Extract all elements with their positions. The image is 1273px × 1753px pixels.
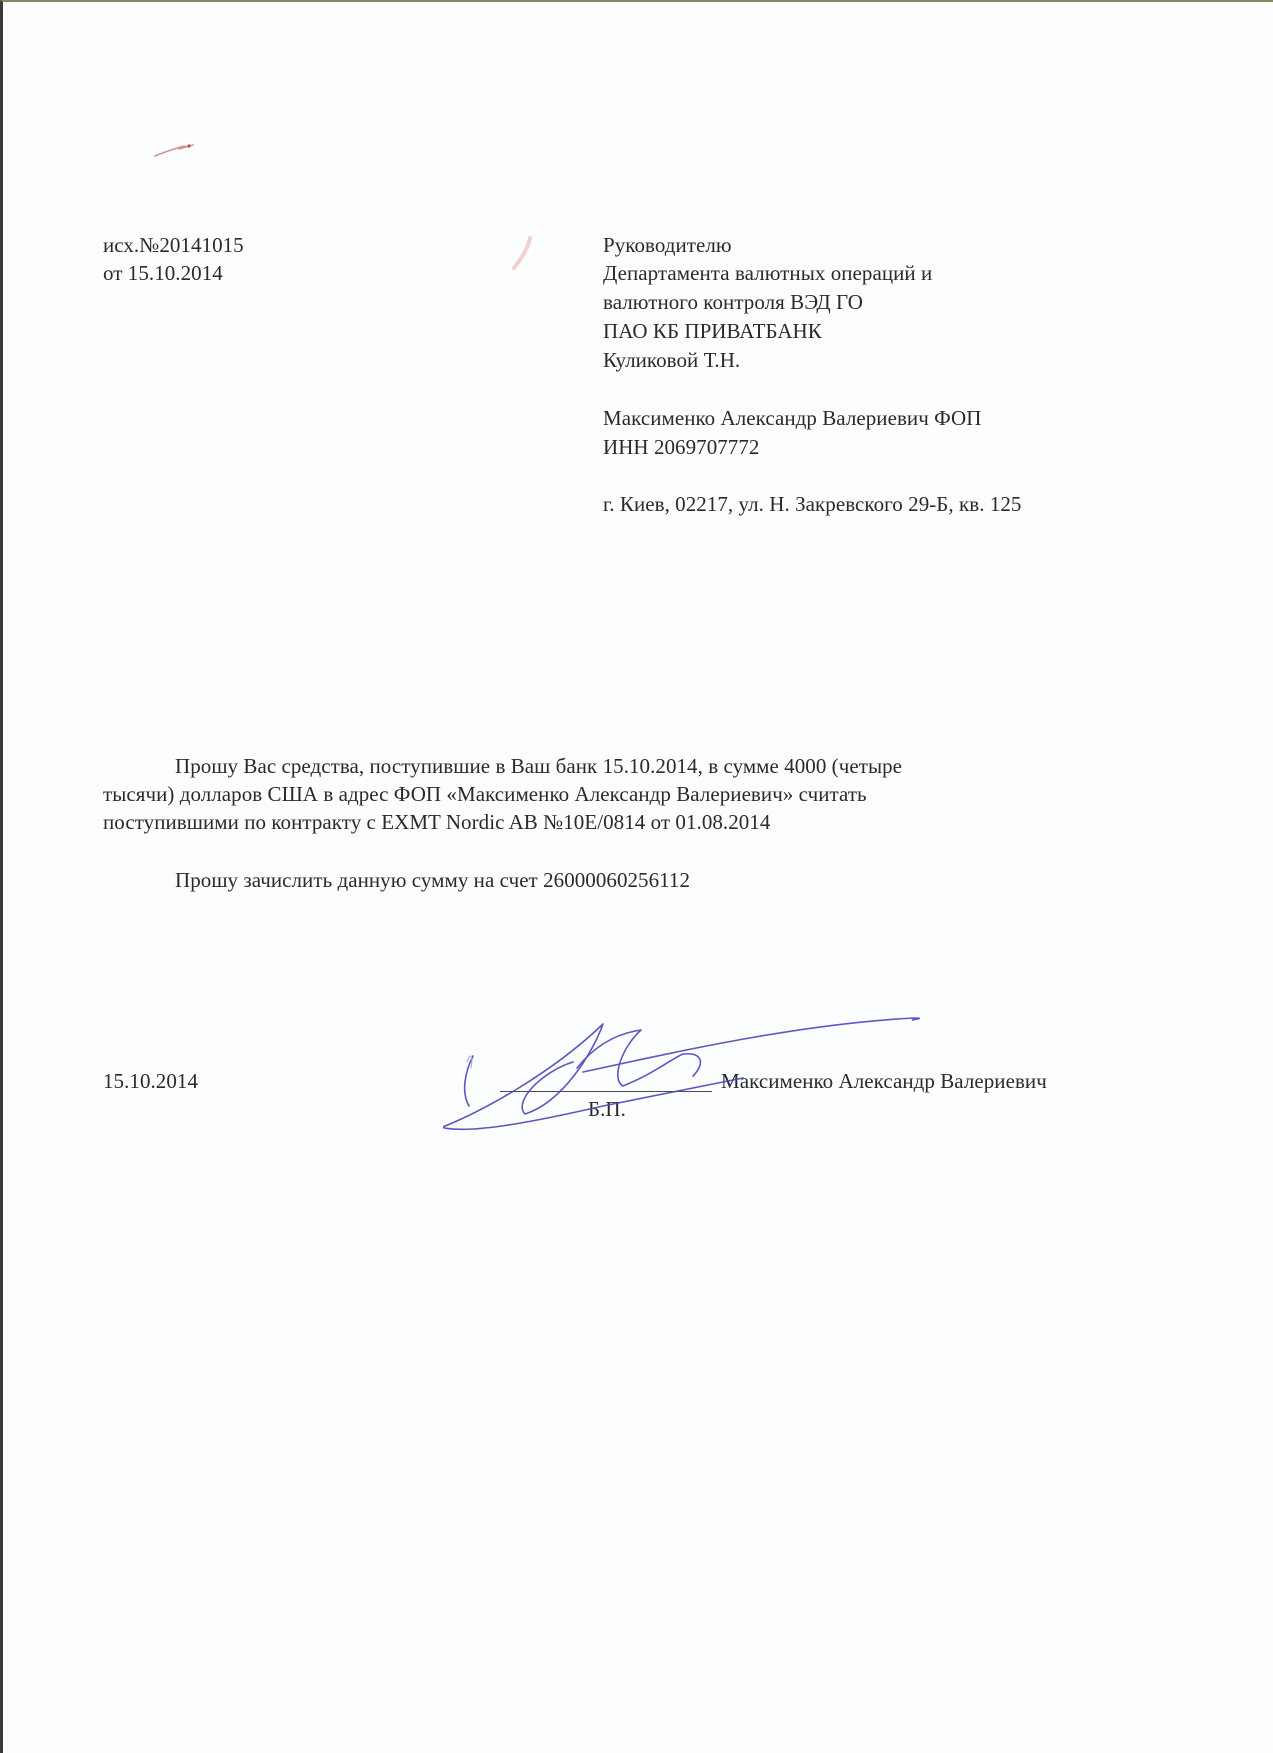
body-paragraph-1-line-1: Прошу Вас средства, поступившие в Ваш ба… <box>175 753 902 779</box>
sender-name: Максименко Александр Валериевич ФОП <box>603 405 981 431</box>
body-paragraph-1-line-2: тысячи) долларов США в адрес ФОП «Максим… <box>103 781 867 807</box>
handwritten-signature-icon <box>443 1002 963 1132</box>
recipient-line-1: Руководителю <box>603 232 732 258</box>
body-paragraph-1-line-3: поступившими по контракту с EXMT Nordic … <box>103 809 770 835</box>
footer-date: 15.10.2014 <box>103 1068 198 1094</box>
recipient-line-2: Департамента валютных операций и <box>603 260 932 286</box>
recipient-bank-name: ПАО КБ ПРИВАТБАНК <box>603 318 822 344</box>
body-paragraph-2: Прошу зачислить данную сумму на счет 260… <box>175 867 690 893</box>
recipient-person: Куликовой Т.Н. <box>603 347 740 373</box>
sender-inn: ИНН 2069707772 <box>603 434 759 460</box>
red-pen-smudge-icon <box>508 234 538 274</box>
red-pen-mark-icon <box>153 140 203 160</box>
outgoing-reference-number: исх.№20141015 <box>103 232 244 258</box>
sender-address: г. Киев, 02217, ул. Н. Закревского 29-Б,… <box>603 491 1021 517</box>
scanned-letter-page: исх.№20141015 от 15.10.2014 Руководителю… <box>0 0 1273 1753</box>
recipient-line-3: валютного контроля ВЭД ГО <box>603 289 863 315</box>
outgoing-date: от 15.10.2014 <box>103 260 223 286</box>
